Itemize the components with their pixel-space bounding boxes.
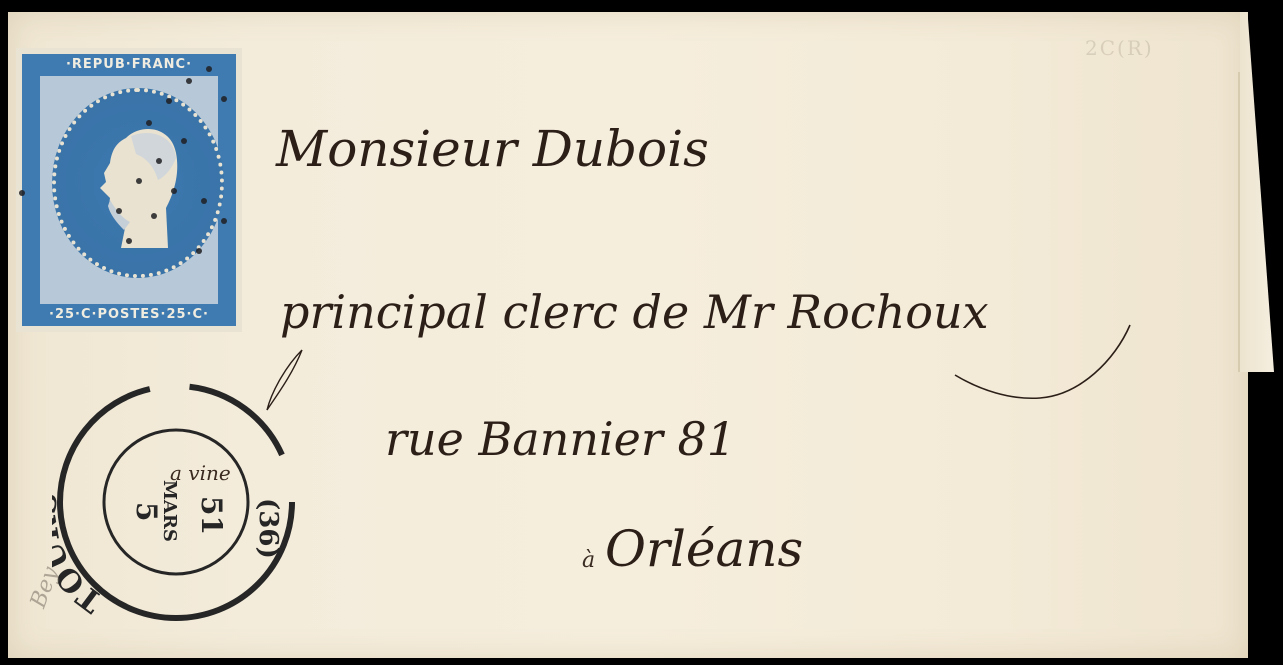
postmark-day: 5 [130,502,163,521]
address-line-street: rue Bannier 81 [385,412,736,466]
address-line-city: Orléans [605,520,803,578]
faint-pencil-mark: 2C(R) [1085,36,1154,60]
address-prefix: à [582,548,595,573]
stamp-bottom-legend: ·25·C·POSTES·25·C· [22,304,236,326]
postmark-department: (36) [253,498,283,559]
flourish-underline [940,320,1140,410]
fold-line [1238,72,1240,372]
postmark-manuscript: a vine [170,461,231,485]
stamp-inner-panel [40,76,218,304]
address-line-recipient: Monsieur Dubois [276,120,709,178]
postmark: TOURS (36) 5 MARS 51 a vine [52,380,300,624]
stamp-top-legend: ·REPUB·FRANC· [22,54,236,76]
postmark-town: TOURS [52,491,109,619]
postmark-year: 51 [195,496,228,535]
address-line-title: principal clerc de Mr Rochoux [280,285,989,339]
postmark-month: MARS [159,480,180,542]
stamp-frame: ·REPUB·FRANC· ·25·C·POSTES·25·C· [22,54,236,326]
postage-stamp: ·REPUB·FRANC· ·25·C·POSTES·25·C· [16,48,242,332]
flourish-p-tail [262,345,312,415]
letter-flap [1240,12,1274,372]
